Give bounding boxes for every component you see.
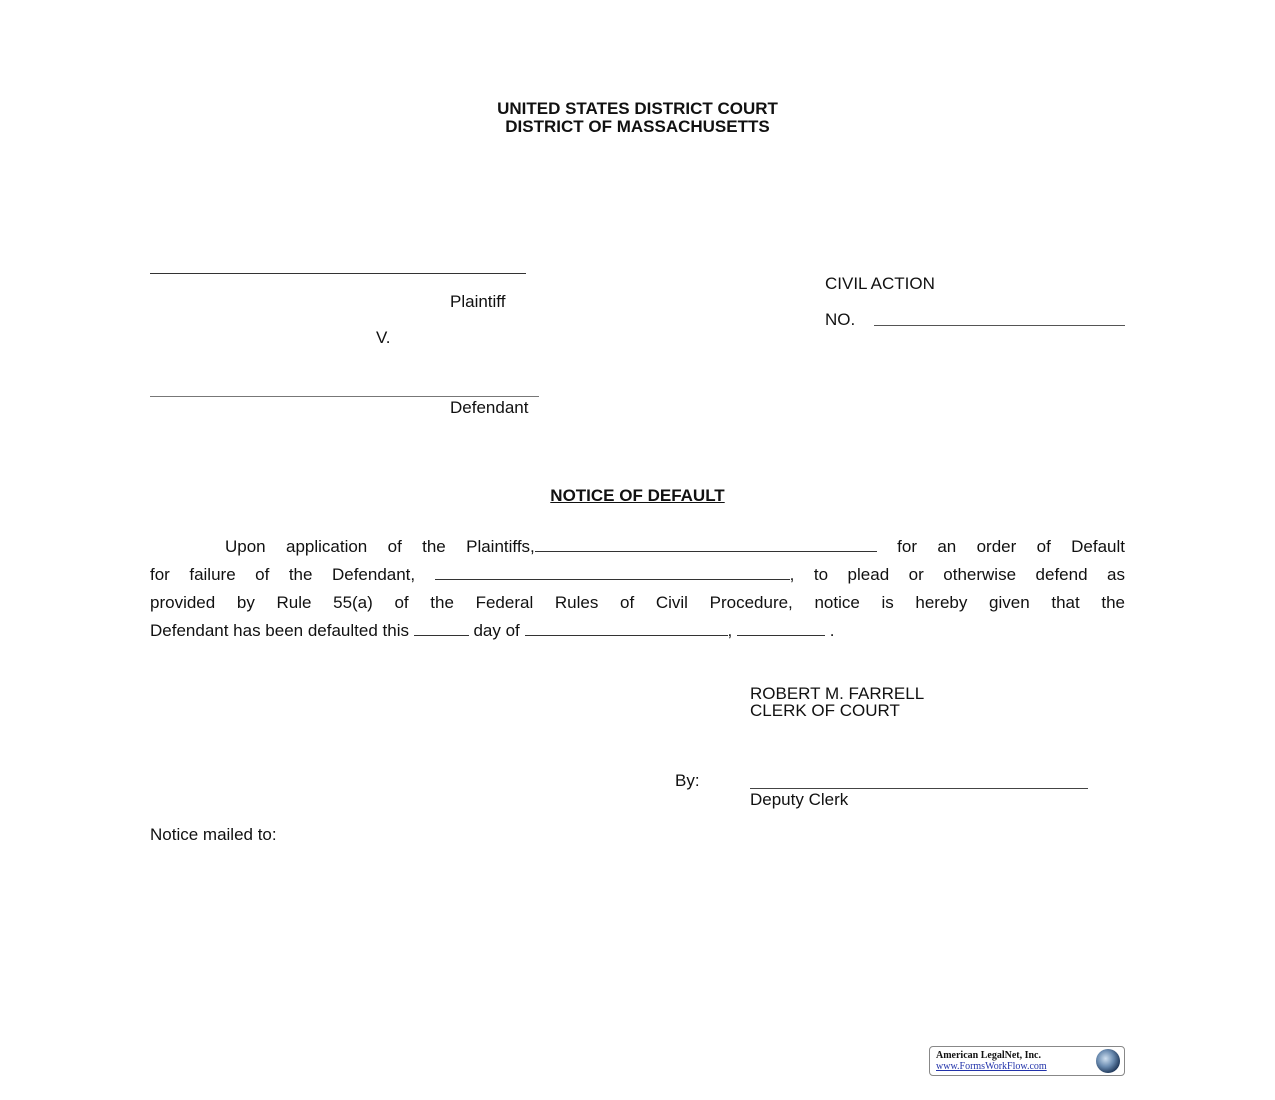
line4-period: . — [830, 621, 835, 640]
notice-line-2: for failure of the Defendant, , to plead… — [150, 561, 1125, 589]
case-number-label: NO. — [825, 310, 855, 330]
day-field[interactable] — [414, 621, 469, 636]
deputy-clerk-label: Deputy Clerk — [750, 790, 848, 810]
notice-mailed-label: Notice mailed to: — [150, 825, 277, 845]
defendant-label: Defendant — [450, 398, 528, 418]
globe-logo-icon — [1096, 1049, 1120, 1073]
line4-comma: , — [728, 621, 733, 640]
plaintiffs-name-field[interactable] — [535, 537, 877, 552]
line4-text-before: Defendant has been defaulted this — [150, 621, 409, 640]
plaintiff-name-line[interactable] — [150, 273, 526, 274]
clerk-title: CLERK OF COURT — [750, 702, 900, 719]
defendant-name-field[interactable] — [435, 565, 790, 580]
line2-text-after: , to plead or otherwise defend as — [790, 565, 1125, 584]
defendant-name-line[interactable] — [150, 396, 539, 397]
month-field[interactable] — [525, 621, 728, 636]
line2-text-before: for failure of the Defendant, — [150, 565, 415, 584]
versus-label: V. — [376, 328, 391, 348]
badge-url-link[interactable]: www.FormsWorkFlow.com — [936, 1061, 1047, 1072]
year-field[interactable] — [737, 621, 825, 636]
by-label: By: — [675, 771, 700, 791]
notice-title: NOTICE OF DEFAULT — [0, 486, 1275, 506]
notice-line-3: provided by Rule 55(a) of the Federal Ru… — [150, 589, 1125, 617]
plaintiff-label: Plaintiff — [450, 292, 505, 312]
line4-text-middle: day of — [473, 621, 519, 640]
signature-line[interactable] — [750, 788, 1088, 789]
civil-action-label: CIVIL ACTION — [825, 274, 935, 294]
notice-line-1: Upon application of the Plaintiffs, for … — [150, 533, 1125, 561]
case-number-field[interactable] — [874, 325, 1125, 326]
court-district: DISTRICT OF MASSACHUSETTS — [0, 118, 1275, 136]
notice-line-4: Defendant has been defaulted this day of… — [150, 617, 1125, 645]
clerk-name: ROBERT M. FARRELL — [750, 685, 924, 702]
line1-text-before: Upon application of the Plaintiffs, — [225, 537, 535, 556]
american-legalnet-badge[interactable]: American LegalNet, Inc. www.FormsWorkFlo… — [929, 1046, 1125, 1076]
court-name: UNITED STATES DISTRICT COURT — [0, 100, 1275, 118]
line1-text-after: for an order of Default — [897, 537, 1125, 556]
badge-company-name: American LegalNet, Inc. — [936, 1050, 1041, 1061]
